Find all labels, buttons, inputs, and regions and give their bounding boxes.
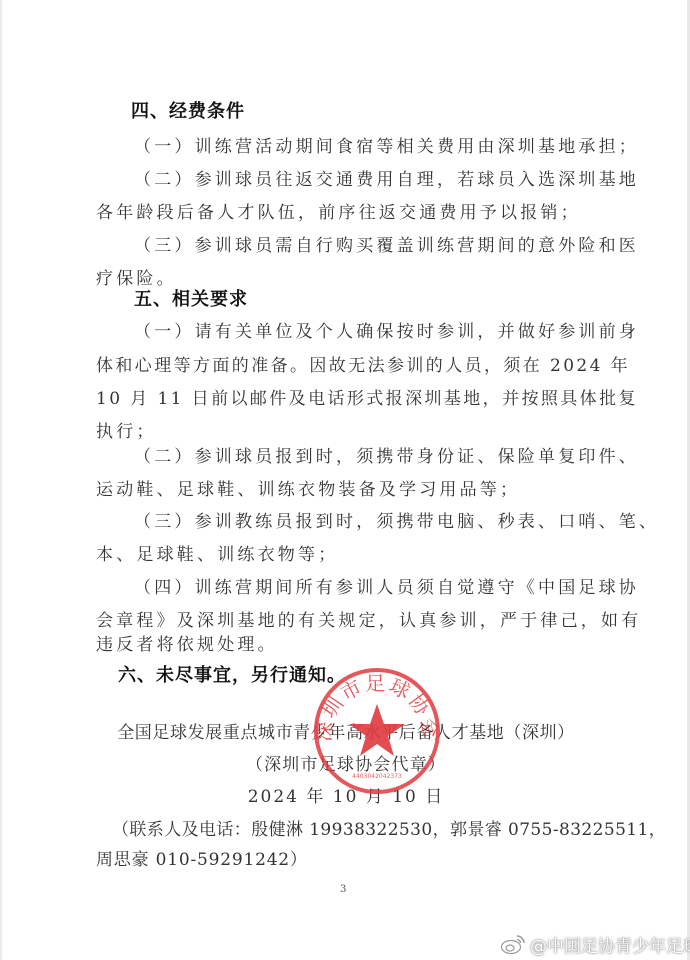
- paragraph-line: （二）参训球员往返交通费用自理，若球员入选深圳基地: [134, 169, 596, 191]
- paragraph-line: 会章程》及深圳基地的有关规定，认真参训，严于律己，如有: [96, 610, 596, 632]
- section-heading-4: 四、经费条件: [131, 101, 245, 123]
- paragraph-line: 执行；: [96, 421, 596, 443]
- contact-line-2: 周思豪 010-59291242）: [96, 849, 596, 871]
- weibo-icon: [500, 933, 526, 955]
- section-heading-6: 六、未尽事宜，另行通知。: [118, 665, 346, 687]
- contact-line-1: （联系人及电话：殷健淋 19938322530，郭景睿 0755-8322551…: [112, 819, 612, 841]
- paragraph-line: （一）请有关单位及个人确保按时参训，并做好参训前身: [134, 321, 596, 343]
- paragraph-line: （三）参训球员需自行购买覆盖训练营期间的意外险和医: [134, 235, 596, 257]
- paragraph-line: 本、足球鞋、训练衣物等；: [96, 544, 596, 566]
- paragraph-line: （二）参训球员报到时，须携带身份证、保险单复印件、: [134, 446, 596, 468]
- page-number: 3: [340, 884, 346, 895]
- paragraph-line: （一）训练营活动期间食宿等相关费用由深圳基地承担；: [134, 136, 596, 158]
- signature-organization: 全国足球发展重点城市青少年高水平后备人才基地（深圳）: [96, 722, 596, 744]
- paragraph-line: 疗保险。: [96, 268, 596, 290]
- paragraph-line: （四）训练营期间所有参训人员须自觉遵守《中国足球协: [134, 577, 596, 599]
- paragraph-line: （三）参训教练员报到时，须携带电脑、秒表、口哨、笔、: [134, 511, 596, 533]
- paragraph-line: 违反者将依规处理。: [96, 634, 596, 656]
- section-heading-5: 五、相关要求: [134, 289, 248, 311]
- weibo-watermark: @中国足协青少年足球: [500, 931, 690, 957]
- signature-seal-note: （深圳市足球协会代章）: [96, 754, 596, 776]
- paragraph-line: 体和心理等方面的准备。因故无法参训的人员，须在 2024 年: [96, 355, 596, 377]
- paragraph-line: 运动鞋、足球鞋、训练衣物装备及学习用品等；: [96, 479, 596, 501]
- page-edge-left: [0, 0, 2, 960]
- watermark-text: @中国足协青少年足球: [530, 932, 690, 957]
- paragraph-line: 各年龄段后备人才队伍，前序往返交通费用予以报销；: [96, 202, 596, 224]
- paragraph-line: 10 月 11 日前以邮件及电话形式报深圳基地，并按照具体批复: [96, 388, 596, 410]
- signature-date: 2024 年 10 月 10 日: [96, 786, 596, 808]
